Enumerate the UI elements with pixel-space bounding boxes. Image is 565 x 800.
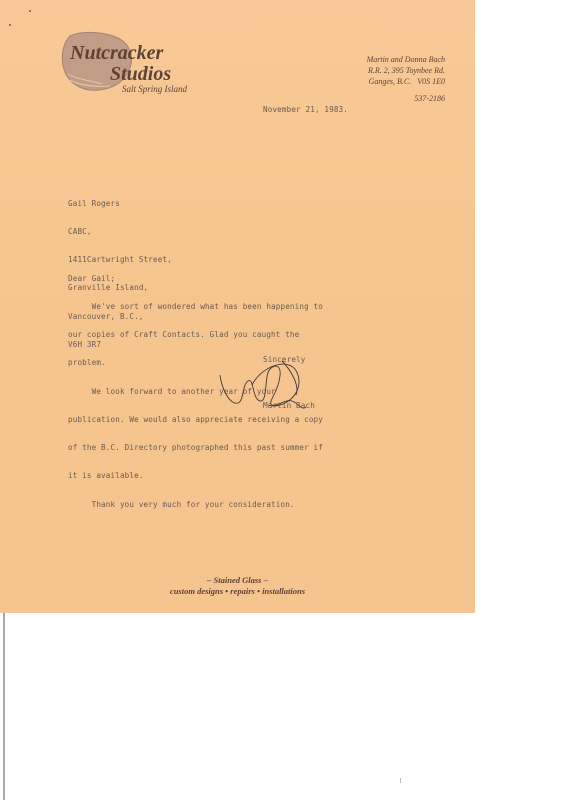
signer-name: Martin Bach [263,401,315,410]
letter-page: Nutcracker Studios Salt Spring Island Ma… [0,0,475,613]
sender-block: Martin and Donna Bach R.R. 2, 395 Toynbe… [367,54,445,104]
sender-address-1: R.R. 2, 395 Toynbee Rd. [367,65,445,76]
brand-name: Nutcracker Studios [70,43,171,85]
brand-line-2: Studios [70,64,171,85]
sender-phone: 537-2186 [367,93,445,104]
sender-address-2: Ganges, B.C. V0S 1E0 [367,76,445,87]
body-line: it is available. [68,471,323,480]
scan-mark [400,778,401,783]
footer-line-2: custom designs • repairs • installations [0,586,475,597]
body-line: of the B.C. Directory photographed this … [68,443,323,452]
letterhead-footer: – Stained Glass – custom designs • repai… [0,575,475,597]
recipient-line: CABC, [68,227,172,236]
footer-line-1: – Stained Glass – [0,575,475,586]
body-line: our copies of Craft Contacts. Glad you c… [68,330,323,339]
body-line: We've sort of wondered what has been hap… [68,302,323,311]
recipient-line: Gail Rogers [68,199,172,208]
brand-line-1: Nutcracker [70,43,171,64]
paper-speck [9,24,11,26]
brand-tagline: Salt Spring Island [122,84,187,94]
letter-date: November 21, 1983. [263,105,348,114]
scan-edge-line [3,613,5,800]
sender-name: Martin and Donna Bach [367,54,445,65]
body-line: publication. We would also appreciate re… [68,415,323,424]
paper-speck [29,10,31,12]
salutation: Dear Gail; [68,274,323,283]
body-line: Thank you very much for your considerati… [68,500,323,509]
